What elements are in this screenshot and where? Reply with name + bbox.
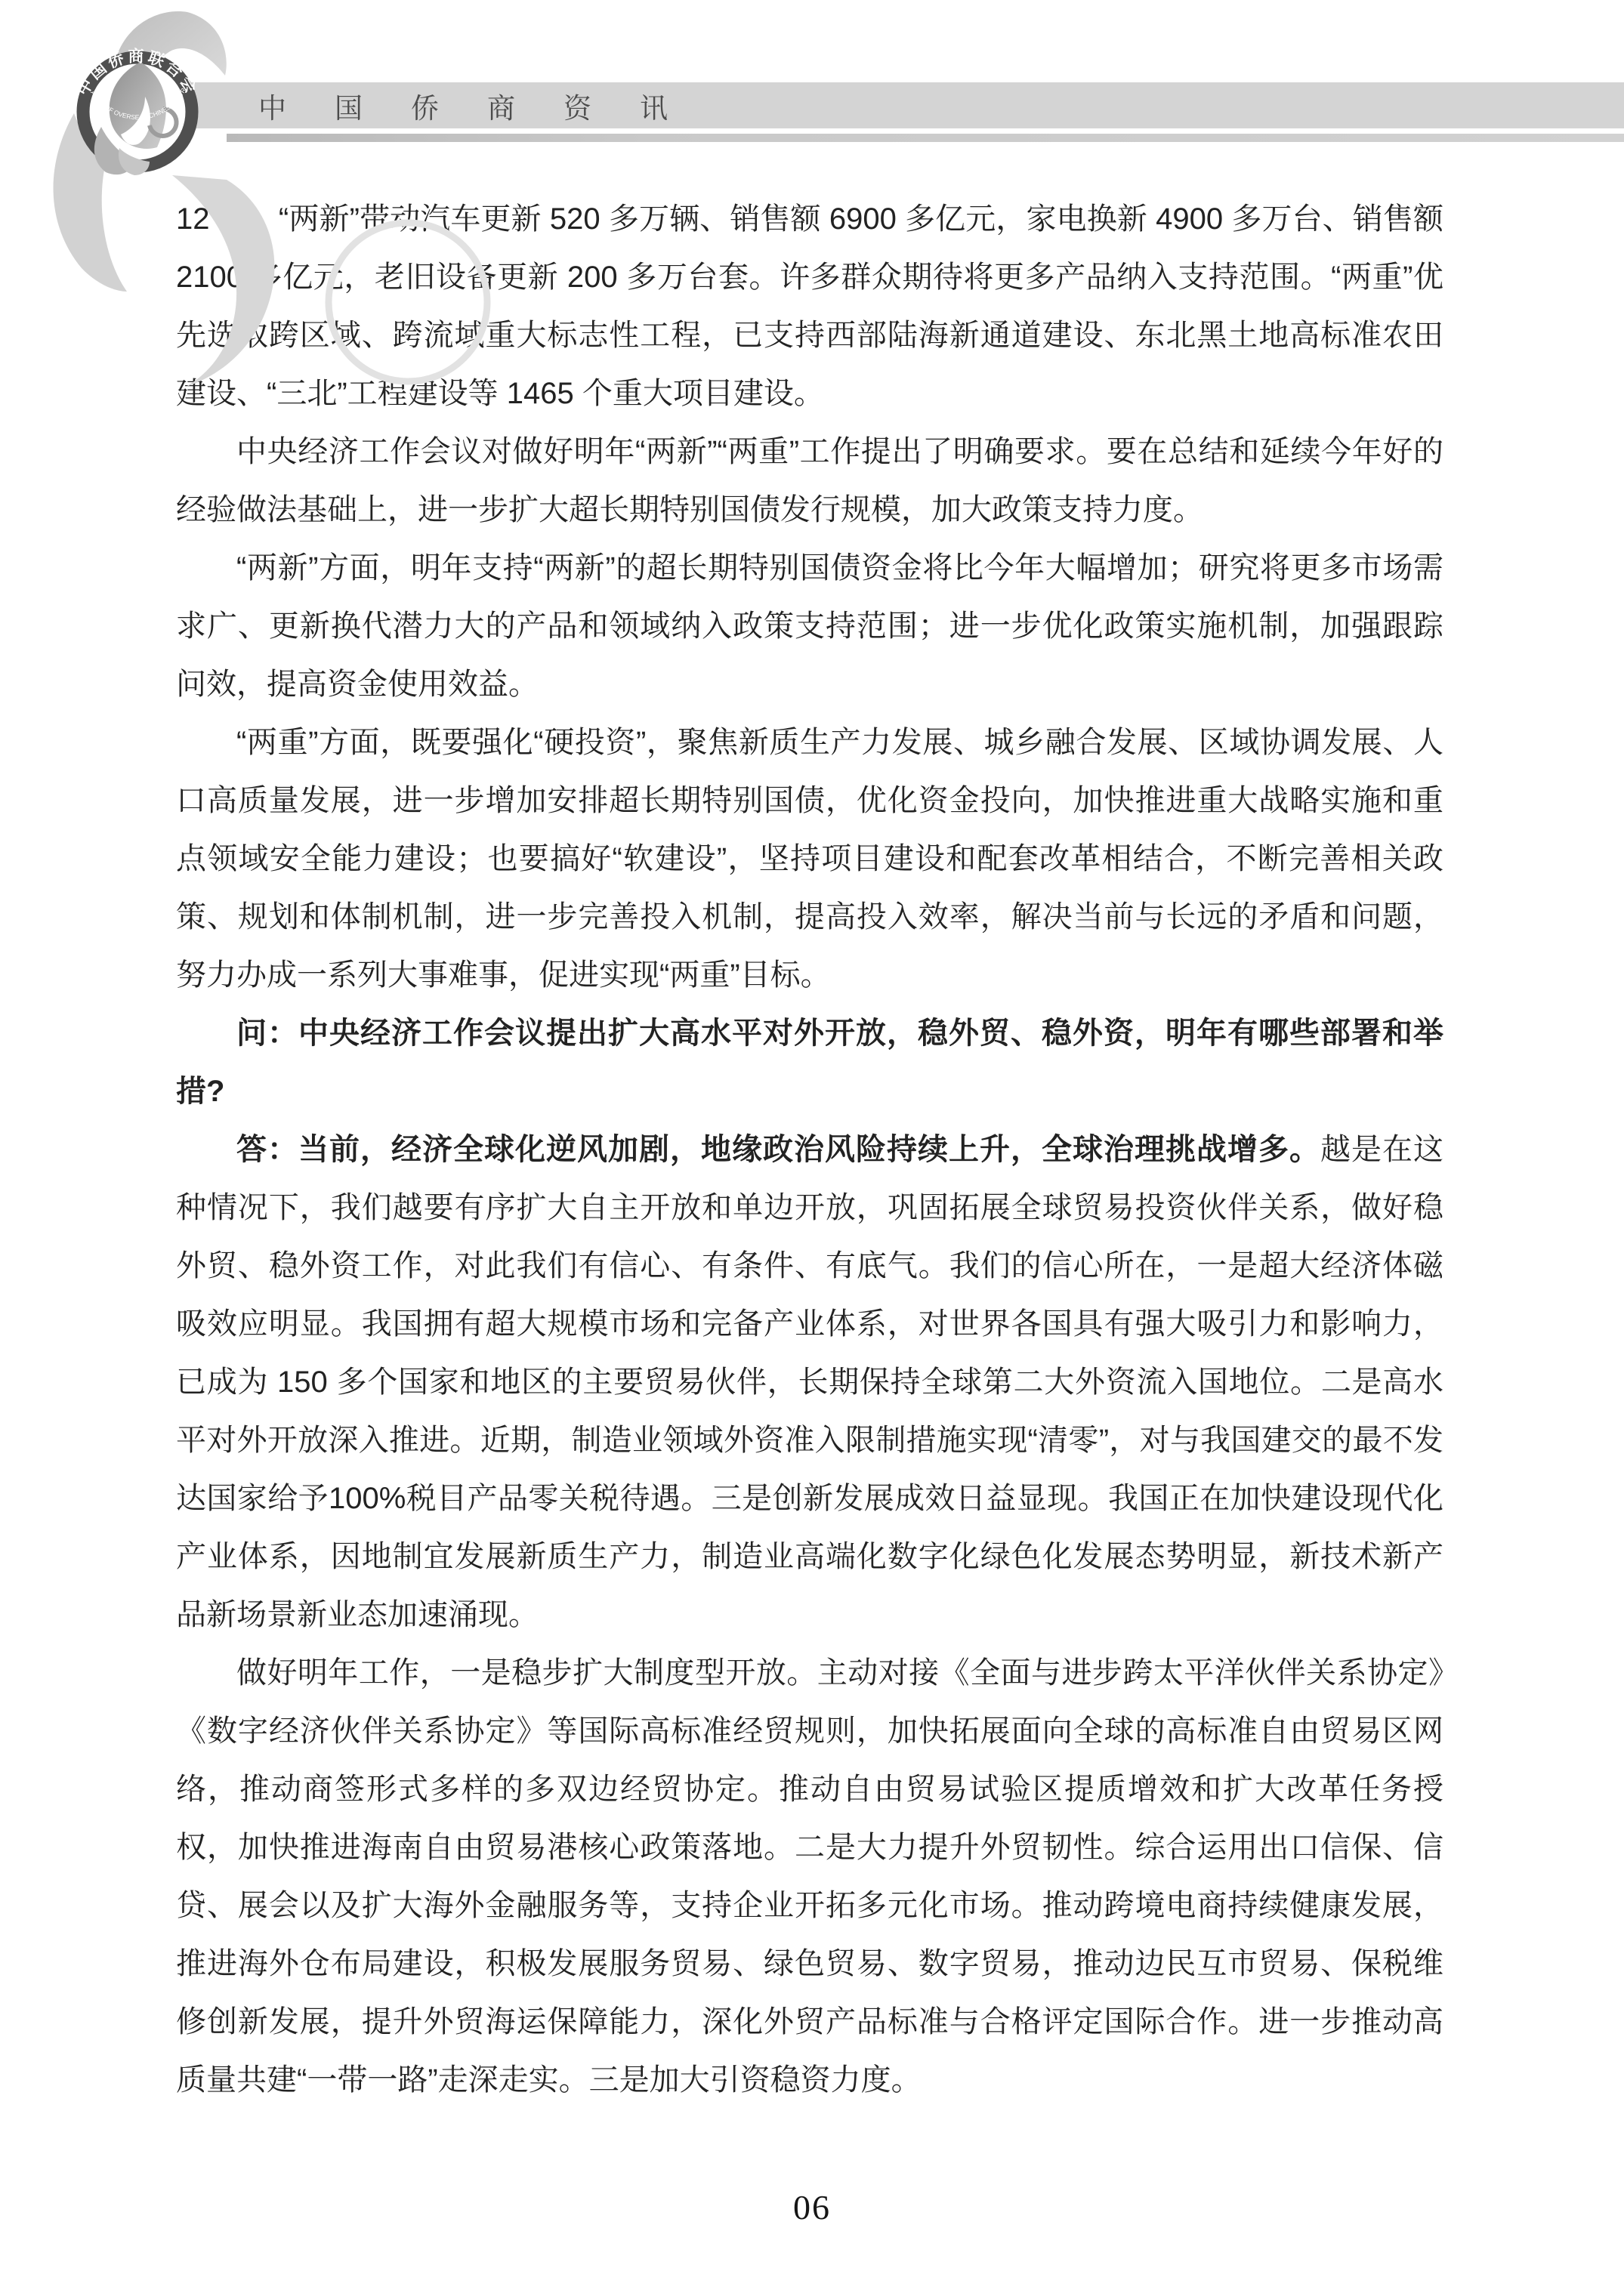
paragraph: 问：中央经济工作会议提出扩大高水平对外开放，稳外贸、稳外资，明年有哪些部署和举措… xyxy=(176,1005,1443,1121)
publication-logo-icon: 中国侨商联合会 CHINA FEDERATION OF OVERSEAS CHI… xyxy=(0,0,529,408)
paragraph: “两重”方面，既要强化“硬投资”，聚焦新质生产力发展、城乡融合发展、区域协调发展… xyxy=(176,714,1443,1005)
paragraph: 答：当前，经济全球化逆风加剧，地缘政治风险持续上升，全球治理挑战增多。越是在这种… xyxy=(176,1121,1443,1644)
page-number: 06 xyxy=(0,2187,1624,2227)
paragraph-bold-lead: 答：当前，经济全球化逆风加剧，地缘政治风险持续上升，全球治理挑战增多。 xyxy=(236,1133,1320,1166)
paragraph: 做好明年工作，一是稳步扩大制度型开放。主动对接《全面与进步跨太平洋伙伴关系协定》… xyxy=(176,1644,1443,2109)
paragraph: “两新”方面，明年支持“两新”的超长期特别国债资金将比今年大幅增加；研究将更多市… xyxy=(176,539,1443,714)
article-body: 12 日，“两新”带动汽车更新 520 多万辆、销售额 6900 多亿元，家电换… xyxy=(176,190,1443,2109)
paragraph: 中央经济工作会议对做好明年“两新”“两重”工作提出了明确要求。要在总结和延续今年… xyxy=(176,423,1443,539)
decor-ring xyxy=(329,223,487,381)
document-page: 中国侨商资讯 xyxy=(0,0,1624,2293)
